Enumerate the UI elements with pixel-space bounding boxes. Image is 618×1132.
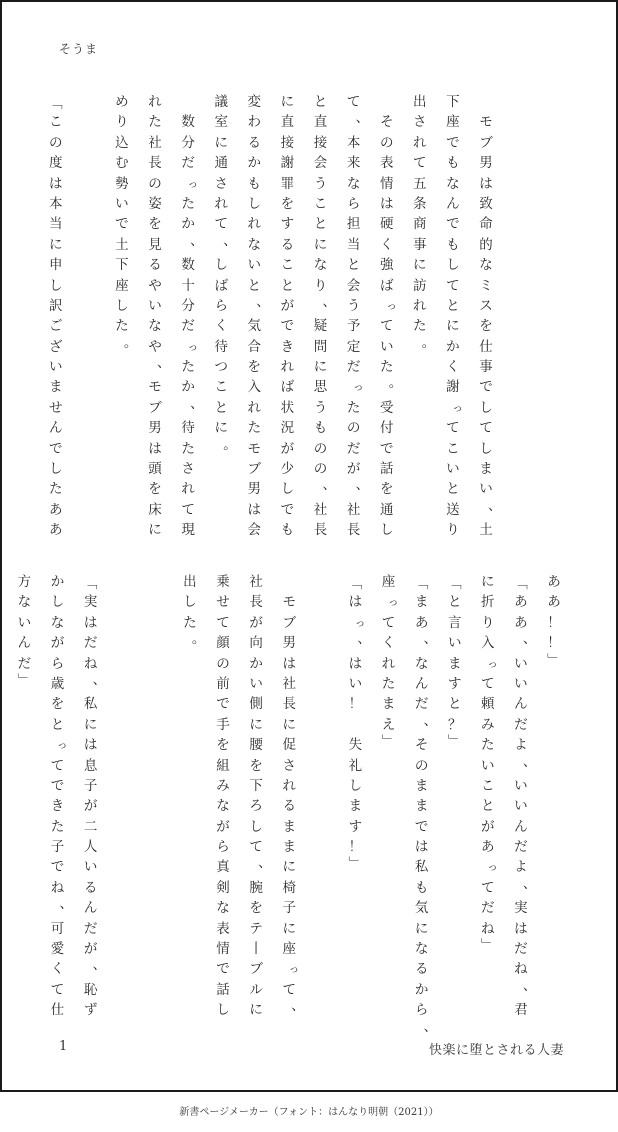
text-column: ﹁まあ、なんだ、そのままでは私も気になるから、: [412, 572, 432, 1041]
text-column: と直接会うことになり、疑問に思うものの、社長: [311, 92, 331, 541]
text-column: めり込む勢いで土下座した。: [112, 92, 132, 357]
text-column: ﹁と言いますと？﹂: [445, 572, 465, 756]
text-column: れた社長の姿を見るやいなや、モブ男は頭を床に: [145, 92, 165, 541]
text-column: ﹁実はだね、私には息子が二人いるんだが、恥ず: [81, 572, 101, 1021]
text-column: に折り入って頼みたいことがあってだね﹂: [478, 572, 498, 959]
text-column: 乗せて顔の前で手を組みながら真剣な表情で話し: [213, 572, 233, 1021]
text-column: 下座でもなんでもしてとにかく謝ってこいと送り: [443, 92, 463, 541]
text-column: 座ってくれたまえ﹂: [379, 572, 399, 756]
text-column: 変わるかもしれないと、気合を入れたモブ男は会: [244, 92, 264, 541]
text-column: 社長が向かい側に腰を下ろして、腕をテ丨ブルに: [246, 572, 266, 1021]
text-column: 出されて五条商事に訪れた。: [410, 92, 430, 357]
author-name: そうま: [59, 40, 98, 57]
text-column: ﹁ああ、いいんだよ、いいんだよ、実はだね、君: [511, 572, 531, 1021]
text-column: ﹁この度は本当に申し訳ございませんでしたああ: [46, 92, 66, 541]
text-column: て、本来なら担当と会う予定だったのだが、社長: [344, 92, 364, 541]
text-column: ﹁はっ、はい！ 失礼します！﹂: [345, 572, 365, 878]
text-column: 出した。: [180, 572, 200, 654]
text-column: に直接謝罪をすることができれば状況が少しでも: [277, 92, 297, 541]
text-column: 方ないんだ﹂: [14, 572, 34, 694]
text-column: 数分だったか、数十分だったか、待たされて現: [178, 92, 198, 541]
text-column: モブ男は社長に促されるままに椅子に座って、: [279, 572, 299, 1021]
page-number: 1: [59, 1039, 67, 1054]
generator-credit: 新書ページメーカー（フォント：はんなり明朝（2021））: [0, 1103, 618, 1118]
novel-page: そうま モブ男は致命的なミスを仕事でしてしまい、土下座でもなんでもしてとにかく謝…: [0, 0, 618, 1092]
text-column: 議室に通されて、しばらく待つことに。: [211, 92, 231, 459]
text-column: その表情は硬く強ばっていた。受付で話を通し: [377, 92, 397, 541]
text-column: ああ！！﹂: [544, 572, 564, 674]
book-title: 快楽に堕とされる人妻: [429, 1039, 564, 1058]
text-column: かしながら歳をとってできた子でね、可愛くて仕: [48, 572, 68, 1021]
text-column: モブ男は致命的なミスを仕事でしてしまい、土: [476, 92, 496, 541]
